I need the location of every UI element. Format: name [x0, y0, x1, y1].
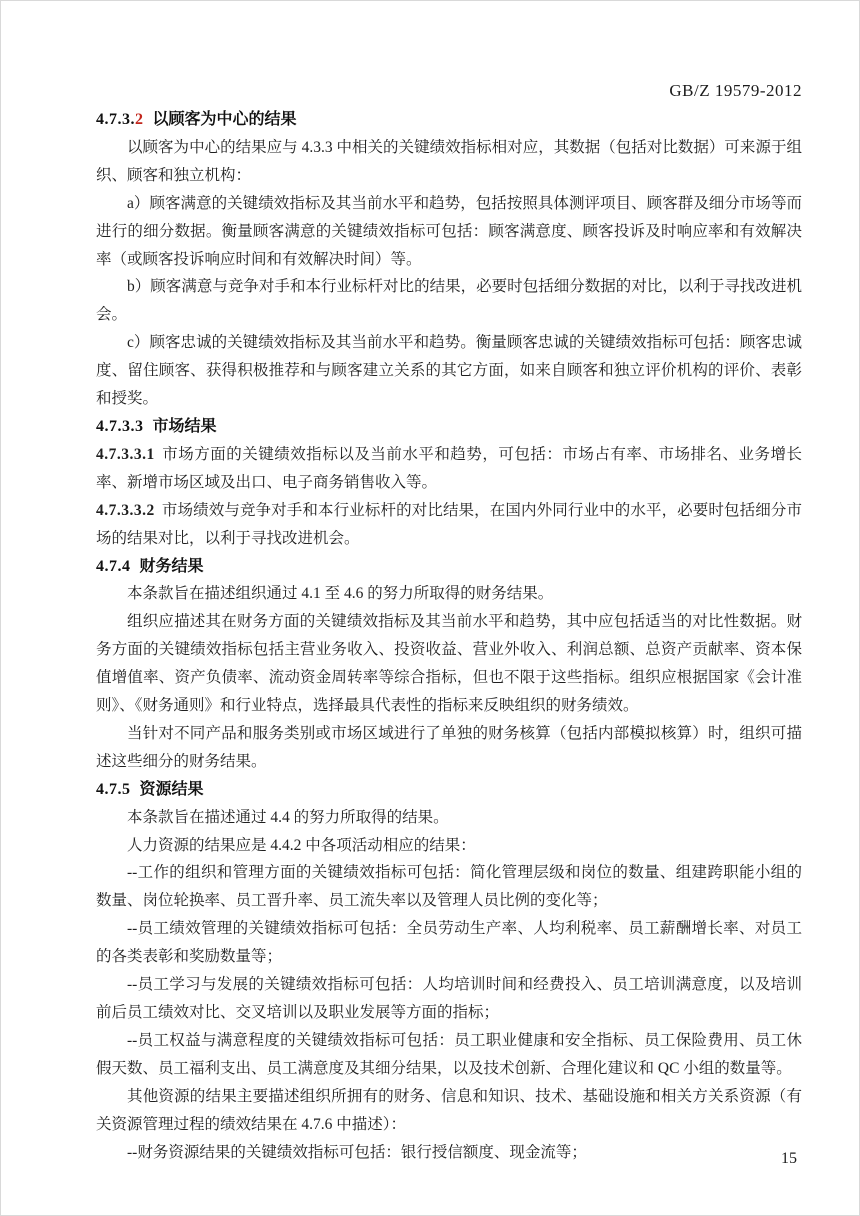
clause-number: 4.7.3.3.2: [96, 502, 155, 519]
dash-item: --财务资源结果的关键绩效指标可包括：银行授信额度、现金流等；: [96, 1139, 802, 1167]
clause-number: 4.7.3.3.1: [96, 446, 155, 463]
page-content: 4.7.3.2以顾客为中心的结果 以顾客为中心的结果应与 4.3.3 中相关的关…: [96, 106, 802, 1166]
section-number: 4.7.3.: [96, 111, 135, 128]
clause-text: 市场方面的关键绩效指标以及当前水平和趋势，可包括：市场占有率、市场排名、业务增长…: [96, 446, 802, 491]
list-item-c: c）顾客忠诚的关键绩效指标及其当前水平和趋势。衡量顾客忠诚的关键绩效指标可包括：…: [96, 329, 802, 413]
section-title: 以顾客为中心的结果: [153, 111, 297, 128]
document-code-header: GB/Z 19579-2012: [669, 81, 802, 101]
numbered-paragraph: 4.7.3.3.1市场方面的关键绩效指标以及当前水平和趋势，可包括：市场占有率、…: [96, 441, 802, 497]
dash-item: --员工学习与发展的关键绩效指标可包括：人均培训时间和经费投入、员工培训满意度，…: [96, 971, 802, 1027]
section-title: 财务结果: [140, 558, 204, 575]
numbered-paragraph: 4.7.3.3.2市场绩效与竞争对手和本行业标杆的对比结果，在国内外同行业中的水…: [96, 497, 802, 553]
page-number: 15: [781, 1150, 797, 1168]
list-item-a: a）顾客满意的关键绩效指标及其当前水平和趋势，包括按照具体测评项目、顾客群及细分…: [96, 190, 802, 274]
dash-item: --员工绩效管理的关键绩效指标可包括：全员劳动生产率、人均利税率、员工薪酬增长率…: [96, 915, 802, 971]
list-item-b: b）顾客满意与竞争对手和本行业标杆对比的结果，必要时包括细分数据的对比，以利于寻…: [96, 273, 802, 329]
paragraph: 本条款旨在描述通过 4.4 的努力所取得的结果。: [96, 804, 802, 832]
section-number: 4.7.3.3: [96, 418, 144, 435]
paragraph: 当针对不同产品和服务类别或市场区域进行了单独的财务核算（包括内部模拟核算）时，组…: [96, 720, 802, 776]
paragraph: 本条款旨在描述组织通过 4.1 至 4.6 的努力所取得的财务结果。: [96, 580, 802, 608]
paragraph: 人力资源的结果应是 4.4.2 中各项活动相应的结果：: [96, 832, 802, 860]
section-heading-4-7-4: 4.7.4财务结果: [96, 553, 802, 581]
dash-item: --员工权益与满意程度的关键绩效指标可包括：员工职业健康和安全指标、员工保险费用…: [96, 1027, 802, 1083]
section-heading-4-7-3-3: 4.7.3.3市场结果: [96, 413, 802, 441]
section-number: 4.7.4: [96, 558, 131, 575]
clause-text: 市场绩效与竞争对手和本行业标杆的对比结果，在国内外同行业中的水平，必要时包括细分…: [96, 502, 802, 547]
dash-item: --工作的组织和管理方面的关键绩效指标可包括：简化管理层级和岗位的数量、组建跨职…: [96, 859, 802, 915]
section-number: 4.7.5: [96, 781, 131, 798]
section-number-red-digit: 2: [135, 111, 144, 128]
paragraph: 以顾客为中心的结果应与 4.3.3 中相关的关键绩效指标相对应，其数据（包括对比…: [96, 134, 802, 190]
section-heading-4-7-5: 4.7.5资源结果: [96, 776, 802, 804]
section-title: 资源结果: [140, 781, 204, 798]
section-heading-4-7-3-2: 4.7.3.2以顾客为中心的结果: [96, 106, 802, 134]
paragraph: 组织应描述其在财务方面的关键绩效指标及其当前水平和趋势，其中应包括适当的对比性数…: [96, 608, 802, 720]
paragraph: 其他资源的结果主要描述组织所拥有的财务、信息和知识、技术、基础设施和相关方关系资…: [96, 1083, 802, 1139]
section-title: 市场结果: [153, 418, 217, 435]
document-page: GB/Z 19579-2012 4.7.3.2以顾客为中心的结果 以顾客为中心的…: [0, 0, 860, 1216]
